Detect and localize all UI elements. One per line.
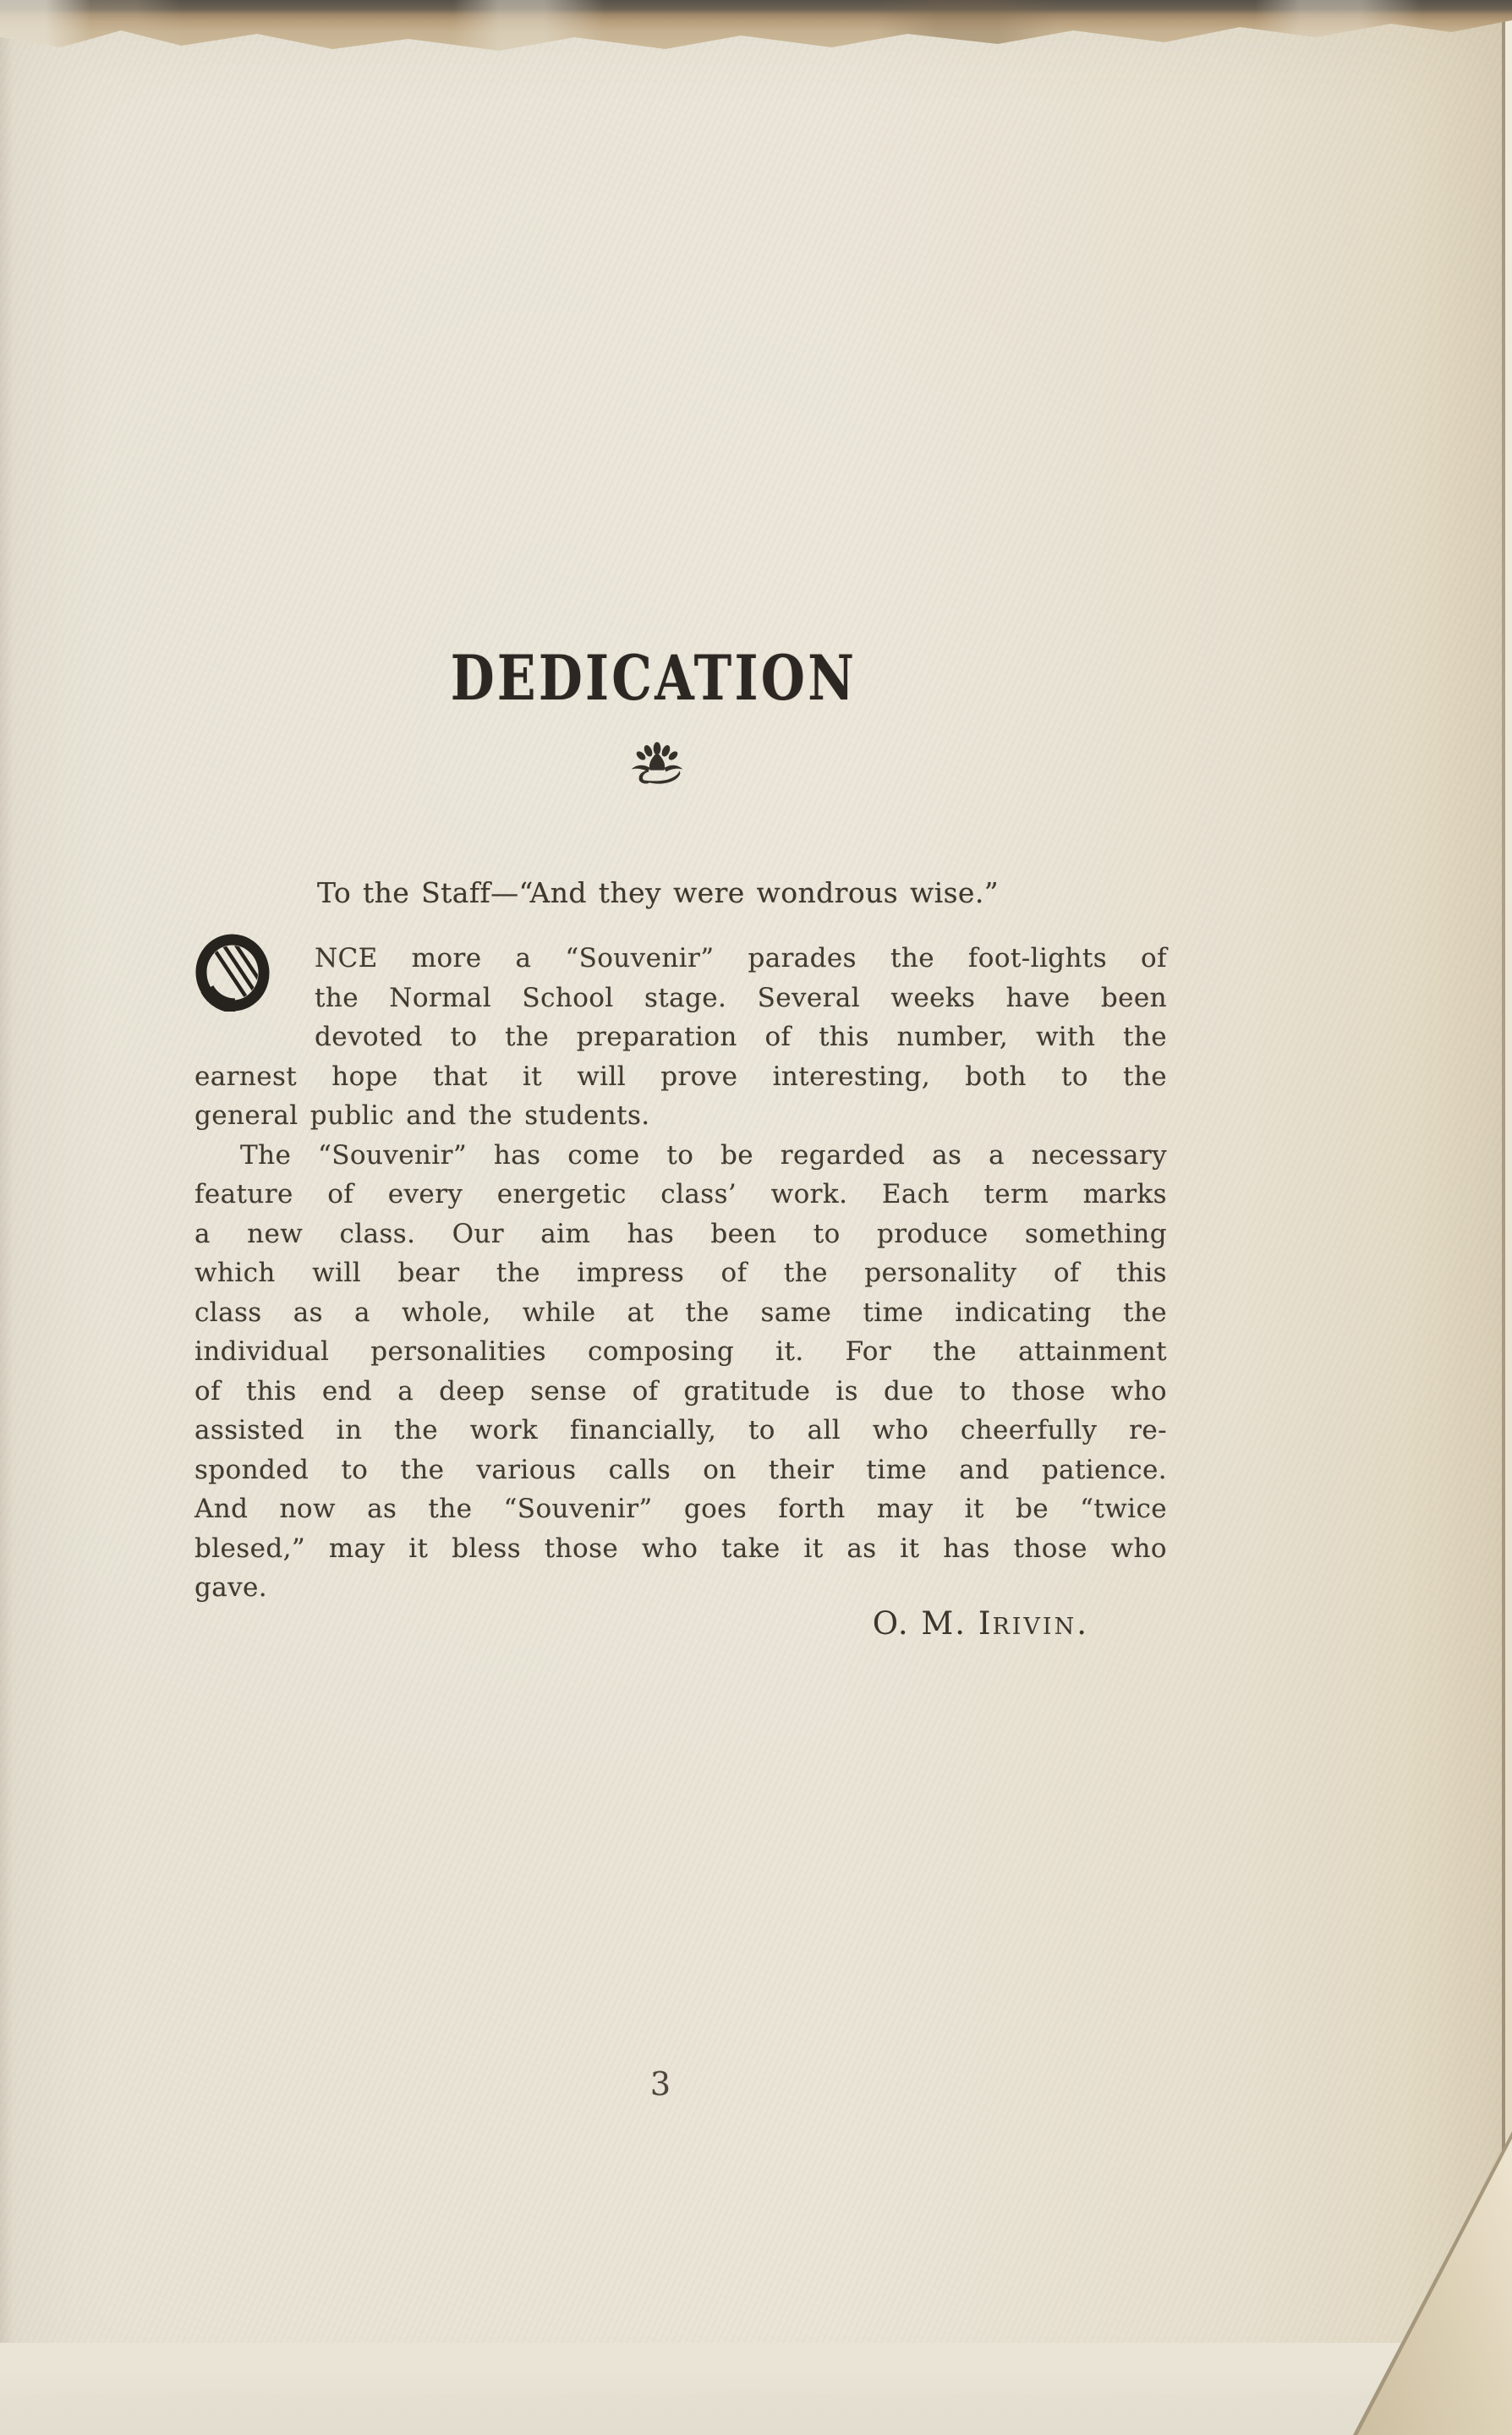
body-line: assisted in the work financially, to all… [194, 1411, 1167, 1451]
paragraph-2-lines: The “Souvenir” has come to be regarded a… [194, 1136, 1167, 1608]
body-line: class as a whole, while at the same time… [194, 1293, 1167, 1333]
drop-cap-initial: O [194, 939, 315, 1042]
paragraph-2: The “Souvenir” has come to be regarded a… [194, 1136, 1167, 1608]
body-line: sponded to the various calls on their ti… [194, 1451, 1167, 1490]
body-line: a new class. Our aim has been to produce… [194, 1215, 1167, 1254]
printed-content: DEDICATION To the Staff—“A [0, 0, 1512, 2435]
body-line: And now as the “Souvenir” goes forth may… [194, 1489, 1167, 1529]
page-title: DEDICATION [451, 648, 857, 710]
page-right-outer-strip [1505, 0, 1512, 2435]
body-line: devoted to the preparation of this numbe… [194, 1017, 1167, 1057]
body-line: earnest hope that it will prove interest… [194, 1057, 1167, 1097]
signature-text: O. M. IRIVIN. [873, 1605, 1087, 1642]
page-right-edge [1502, 0, 1505, 2435]
body-line: gave. [194, 1568, 1167, 1608]
signature-lead: O. M. I [873, 1605, 993, 1642]
body-line: blesed,” may it bless those who take it … [194, 1529, 1167, 1569]
fleuron-ornament-icon [625, 741, 689, 787]
title-row: DEDICATION [194, 648, 1167, 710]
scanned-yearbook-page: DEDICATION To the Staff—“A [0, 0, 1512, 2435]
drop-cap-o-icon [194, 934, 271, 1012]
body-line: which will bear the impress of the perso… [194, 1253, 1167, 1293]
body-line: The “Souvenir” has come to be regarded a… [194, 1136, 1167, 1176]
body-line: individual personalities composing it. F… [194, 1332, 1167, 1372]
epigraph: To the Staff—“And they were wondrous wis… [172, 873, 1144, 913]
body-text: O NCE more a “Souvenir” parades the foot… [194, 939, 1167, 1608]
ornament-row [194, 741, 1167, 788]
body-line: general public and the students. [194, 1096, 1167, 1136]
body-line: NCE more a “Souvenir” parades the foot-l… [194, 939, 1167, 979]
body-line: of this end a deep sense of gratitude is… [194, 1372, 1167, 1412]
page-number: 3 [174, 2065, 1147, 2103]
signature-small-caps: RIVIN [992, 1614, 1076, 1640]
signature-period: . [1076, 1605, 1087, 1642]
signature: O. M. IRIVIN. [194, 1605, 1167, 1642]
paragraph-1: O NCE more a “Souvenir” parades the foot… [194, 939, 1167, 1136]
paragraph-1-lines: NCE more a “Souvenir” parades the foot-l… [194, 939, 1167, 1136]
body-line: the Normal School stage. Several weeks h… [194, 979, 1167, 1018]
body-line: feature of every energetic class’ work. … [194, 1175, 1167, 1215]
